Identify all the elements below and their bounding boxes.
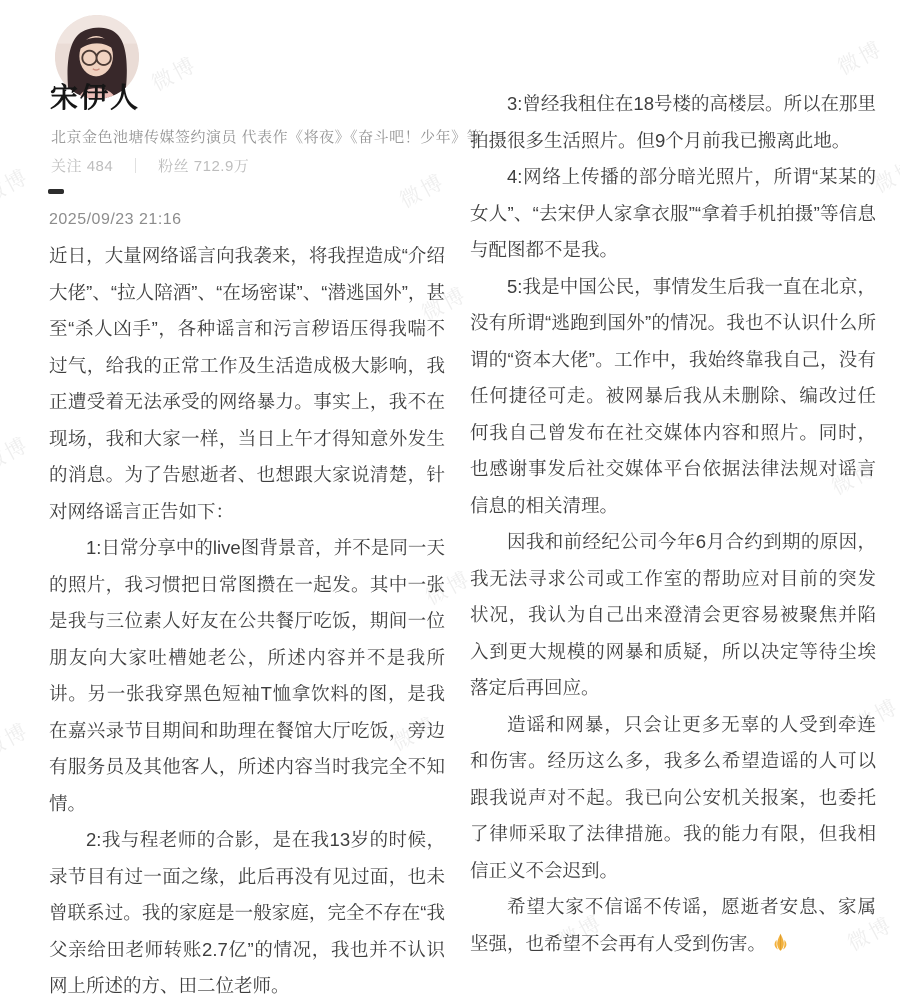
paragraph: 希望大家不信谣不传谣，愿逝者安息、家属坚强，也希望不会再有人受到伤害。 bbox=[470, 889, 876, 962]
weibo-statement-screenshot: 微博 微博 微博 微博 微博 微博 微博 微博 微博 微博 微博 微博 微博 微… bbox=[0, 0, 900, 1000]
closing-sentence: 希望大家不信谣不传谣，愿逝者安息、家属坚强，也希望不会再有人受到伤害。 bbox=[470, 896, 876, 954]
divider-dash bbox=[48, 189, 64, 194]
weibo-watermark: 微博 bbox=[832, 32, 888, 81]
weibo-watermark: 微博 bbox=[0, 714, 34, 763]
paragraph: 5:我是中国公民，事情发生后我一直在北京，没有所谓“逃跑到国外”的情况。我也不认… bbox=[470, 269, 876, 525]
following-label: 关注 bbox=[51, 158, 82, 175]
following-count: 484 bbox=[87, 158, 114, 175]
text-column-left: 近日，大量网络谣言向我袭来，将我捏造成“介绍大佬”、“拉人陪酒”、“在场密谋”、… bbox=[49, 238, 445, 1000]
text-column-right: 3:曾经我租住在18号楼的高楼层。所以在那里拍摄很多生活照片。但9个月前我已搬离… bbox=[470, 86, 876, 962]
weibo-watermark: 微博 bbox=[0, 428, 34, 477]
paragraph: 1:日常分享中的live图背景音，并不是同一天的照片，我习惯把日常图攒在一起发。… bbox=[49, 530, 445, 822]
paragraph: 因我和前经纪公司今年6月合约到期的原因，我无法寻求公司或工作室的帮助应对目前的突… bbox=[470, 524, 876, 707]
paragraph: 4:网络上传播的部分暗光照片，所谓“某某的女人”、“去宋伊人家拿衣服”“拿着手机… bbox=[470, 159, 876, 269]
stats-separator: ｜ bbox=[128, 158, 144, 175]
paragraph: 近日，大量网络谣言向我袭来，将我捏造成“介绍大佬”、“拉人陪酒”、“在场密谋”、… bbox=[49, 238, 445, 530]
user-bio: 北京金色池塘传媒签约演员 代表作《将夜》《奋斗吧！少年》等 bbox=[51, 126, 471, 147]
post-timestamp: 2025/09/23 21:16 bbox=[49, 211, 182, 229]
followers-label: 粉丝 bbox=[158, 158, 189, 175]
follow-stats: 关注 484 ｜ 粉丝 712.9万 bbox=[51, 155, 471, 176]
paragraph: 造谣和网暴，只会让更多无辜的人受到牵连和伤害。经历这么多，我多么希望造谣的人可以… bbox=[470, 707, 876, 890]
paragraph: 2:我与程老师的合影，是在我13岁的时候，录节目有过一面之缘，此后再没有见过面，… bbox=[49, 822, 445, 1000]
user-name: 宋伊人 bbox=[50, 76, 450, 116]
weibo-watermark: 微博 bbox=[0, 160, 34, 209]
paragraph: 3:曾经我租住在18号楼的高楼层。所以在那里拍摄很多生活照片。但9个月前我已搬离… bbox=[470, 86, 876, 159]
followers-count: 712.9万 bbox=[194, 158, 250, 175]
praying-hands-emoji bbox=[770, 932, 791, 953]
